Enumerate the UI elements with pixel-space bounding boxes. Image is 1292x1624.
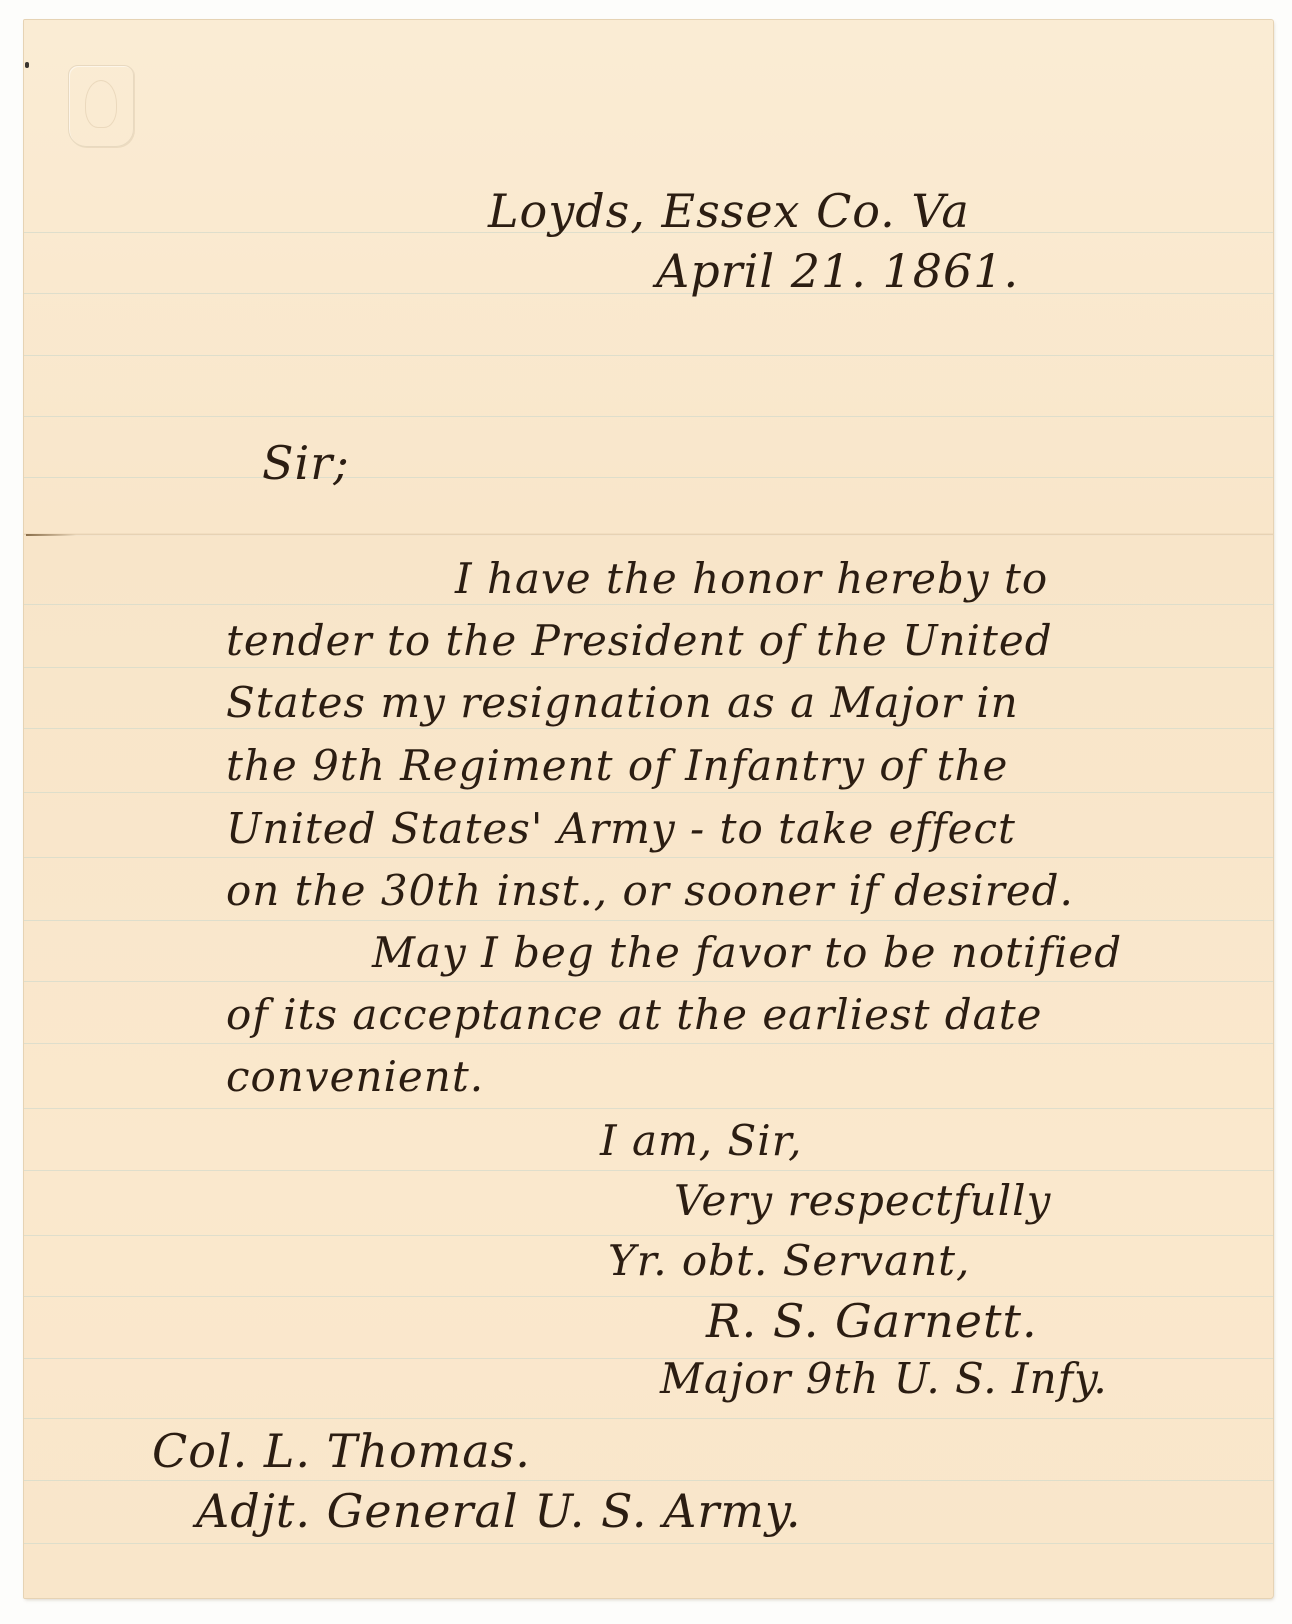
embossed-stationery-mark-icon bbox=[68, 65, 134, 147]
ruled-line bbox=[24, 416, 1273, 417]
closing-line: Yr. obt. Servant, bbox=[608, 1240, 970, 1282]
addressee-title: Adjt. General U. S. Army. bbox=[196, 1488, 801, 1534]
body-line: convenient. bbox=[226, 1056, 484, 1098]
ruled-line bbox=[24, 1543, 1273, 1544]
heading-date: April 21. 1861. bbox=[656, 248, 1019, 294]
fold-crease bbox=[24, 533, 1273, 536]
ruled-line bbox=[24, 1418, 1273, 1419]
ruled-line bbox=[24, 1170, 1273, 1171]
body-line: I have the honor hereby to bbox=[455, 558, 1048, 600]
body-line: United States' Army - to take effect bbox=[226, 808, 1016, 850]
body-line: on the 30th inst., or sooner if desired. bbox=[226, 870, 1074, 912]
ruled-line bbox=[24, 981, 1273, 982]
ruled-line bbox=[24, 1296, 1273, 1297]
ruled-line bbox=[24, 667, 1273, 668]
closing-line: Very respectfully bbox=[674, 1180, 1051, 1222]
signature: R. S. Garnett. bbox=[706, 1298, 1038, 1344]
body-line: the 9th Regiment of Infantry of the bbox=[226, 745, 1008, 787]
ruled-line bbox=[24, 1043, 1273, 1044]
body-line: of its acceptance at the earliest date bbox=[226, 994, 1042, 1036]
ruled-line bbox=[24, 355, 1273, 356]
ink-spot bbox=[25, 62, 29, 68]
body-line: May I beg the favor to be notified bbox=[372, 932, 1122, 974]
signer-title: Major 9th U. S. Infy. bbox=[660, 1358, 1108, 1400]
ruled-line bbox=[24, 792, 1273, 793]
ruled-line bbox=[24, 604, 1273, 605]
ruled-line bbox=[24, 1480, 1273, 1481]
addressee-name: Col. L. Thomas. bbox=[152, 1428, 531, 1474]
body-line: States my resignation as a Major in bbox=[226, 682, 1019, 724]
fold-tear-mark bbox=[26, 534, 76, 536]
closing-line: I am, Sir, bbox=[600, 1120, 803, 1162]
paper-upper-panel bbox=[24, 20, 1273, 535]
salutation: Sir; bbox=[262, 440, 350, 486]
ruled-line bbox=[24, 1108, 1273, 1109]
heading-place: Loyds, Essex Co. Va bbox=[488, 188, 970, 234]
ruled-line bbox=[24, 857, 1273, 858]
ruled-line bbox=[24, 477, 1273, 478]
body-line: tender to the President of the United bbox=[226, 620, 1053, 662]
ruled-line bbox=[24, 728, 1273, 729]
ruled-line bbox=[24, 920, 1273, 921]
ruled-line bbox=[24, 293, 1273, 294]
